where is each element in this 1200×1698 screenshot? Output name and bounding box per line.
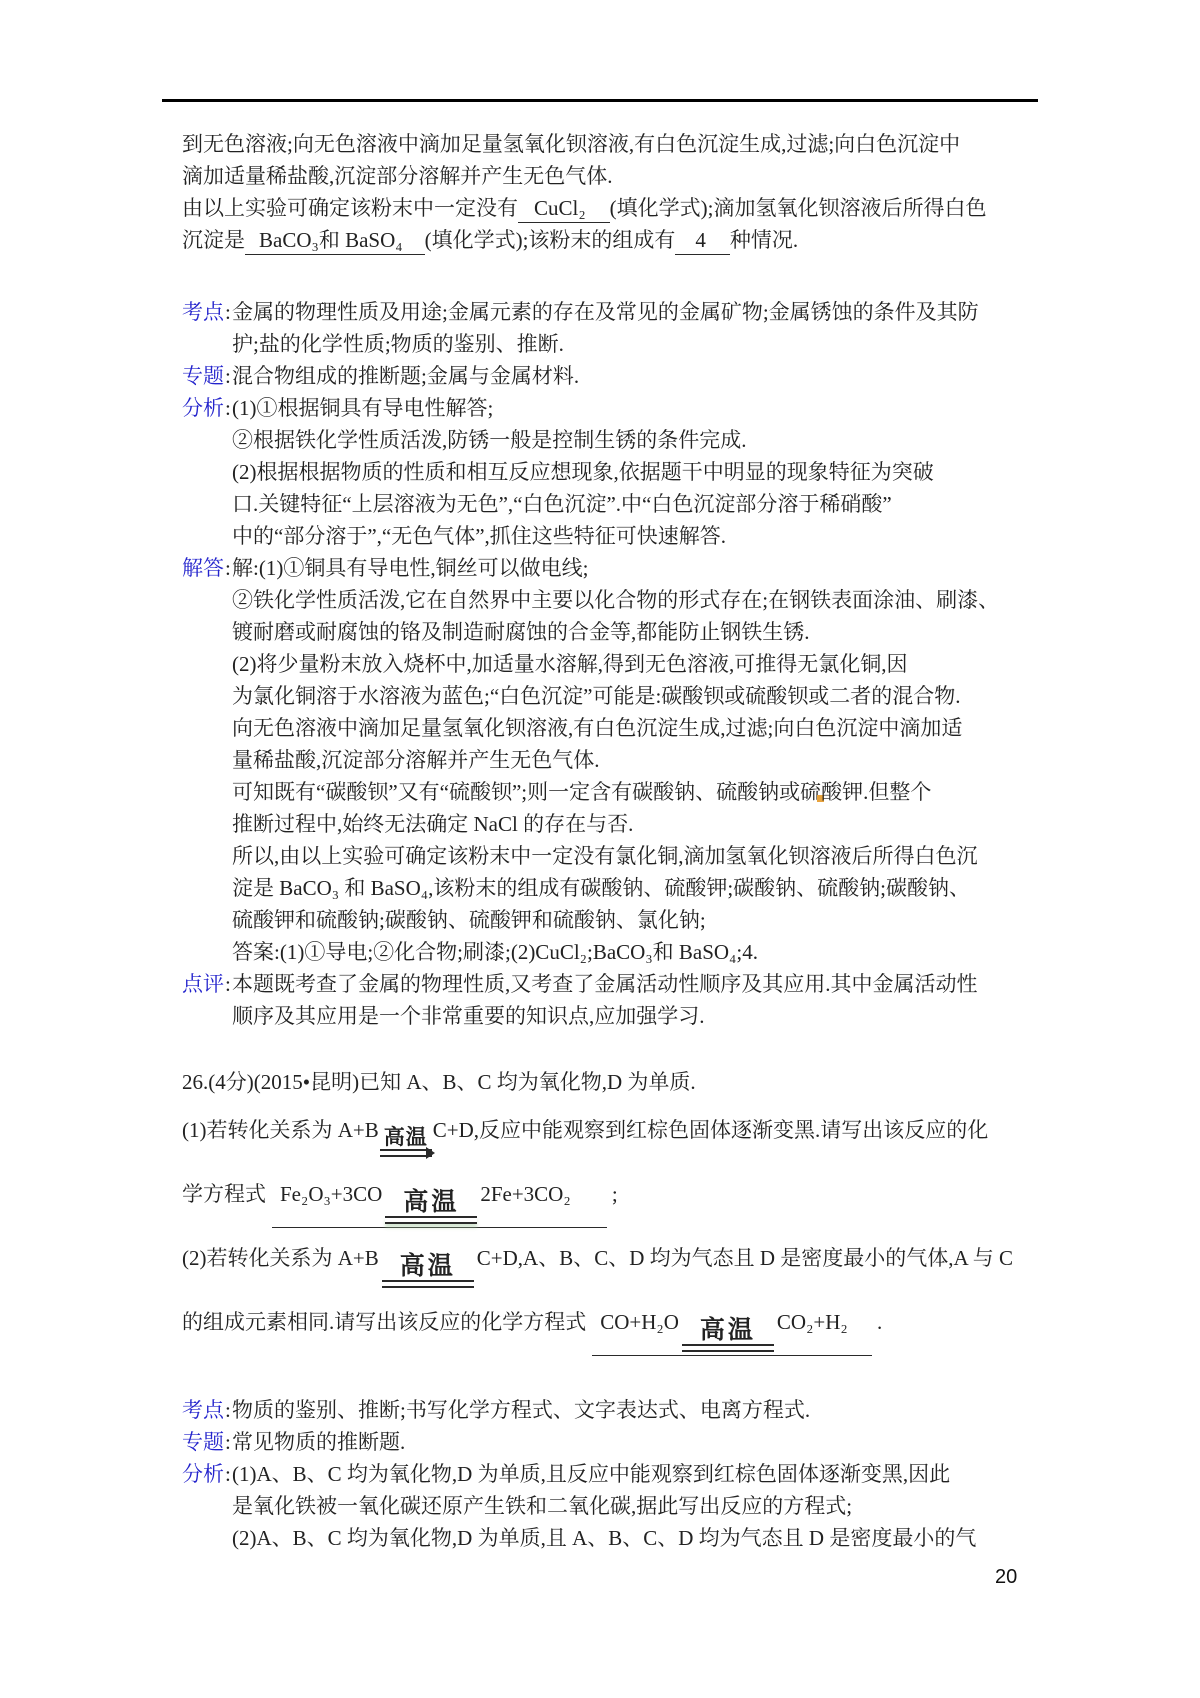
- qa-continuation-line: 顺序及其应用是一个非常重要的知识点,应加强学习.: [182, 1000, 1052, 1032]
- header-rule: [162, 99, 1038, 102]
- qa-block-25: 考点:金属的物理性质及用途;金属元素的存在及常见的金属矿物;金属锈蚀的条件及其防…: [182, 296, 1052, 1032]
- text-line: 滴加适量稀盐酸,沉淀部分溶解并产生无色气体.: [182, 160, 1052, 192]
- label-colon: :: [225, 1394, 231, 1426]
- qa-section-label: 解答: [182, 552, 224, 584]
- qa-continuation-line: 量稀盐酸,沉淀部分溶解并产生无色气体.: [182, 744, 1052, 776]
- double-rule: [682, 1344, 774, 1352]
- equation-answer-blank: Fe₂O₃+3CO高温2Fe+3CO₂: [272, 1182, 607, 1228]
- qa-continuation-line: 中的“部分溶于”,“无色气体”,抓住这些特征可快速解答.: [182, 520, 1052, 552]
- qa-continuation-line: 向无色溶液中滴加足量氢氧化钡溶液,有白色沉淀生成,过滤;向白色沉淀中滴加适: [182, 712, 1052, 744]
- answer-blank: CuCl₂: [518, 194, 610, 223]
- qa-continuation-line: (2)A、B、C 均为氧化物,D 为单质,且 A、B、C、D 均为气态且 D 是…: [182, 1522, 1052, 1554]
- gaowen-condition-over-arrow: 高温: [380, 1126, 432, 1157]
- text-line: (1)若转化关系为 A+B高温C+D,反应中能观察到红棕色固体逐渐变黑.请写出该…: [182, 1098, 1052, 1162]
- qa-labeled-line: 专题:常见物质的推断题.: [182, 1426, 1052, 1458]
- qa-continuation-line: ②铁化学性质活泼,它在自然界中主要以化合物的形式存在;在钢铁表面涂油、刷漆、: [182, 584, 1052, 616]
- label-colon: :: [225, 968, 231, 1000]
- document-page: 到无色溶液;向无色溶液中滴加足量氢氧化钡溶液,有白色沉淀生成,过滤;向白色沉淀中…: [0, 0, 1200, 1698]
- qa-continuation-line: (2)将少量粉末放入烧杯中,加适量水溶解,得到无色溶液,可推得无氯化铜,因: [182, 648, 1052, 680]
- qa-continuation-line: 可知既有“碳酸钡”又有“硫酸钡”;则一定含有碳酸钠、硫酸钠或硫酸钾.但整个: [182, 776, 1052, 808]
- answer-blank: BaCO₃和 BaSO₄: [245, 226, 425, 255]
- qa-continuation-line: 所以,由以上实验可确定该粉末中一定没有氯化铜,滴加氢氧化钡溶液后所得白色沉: [182, 840, 1052, 872]
- label-colon: :: [225, 360, 231, 392]
- text-line: 的组成元素相同.请写出该反应的化学方程式CO+H₂O高温CO₂+H₂ .: [182, 1290, 1052, 1354]
- question-25-tail: 到无色溶液;向无色溶液中滴加足量氢氧化钡溶液,有白色沉淀生成,过滤;向白色沉淀中…: [182, 128, 1052, 256]
- qa-labeled-line: 点评:本题既考查了金属的物理性质,又考查了金属活动性顺序及其应用.其中金属活动性: [182, 968, 1052, 1000]
- gaowen-condition-over-equals: 高温: [382, 1252, 474, 1288]
- reaction-arrow: [380, 1149, 432, 1157]
- text-line: 由以上实验可确定该粉末中一定没有CuCl₂(填化学式);滴加氢氧化钡溶液后所得白…: [182, 192, 1052, 224]
- qa-continuation-line: 镀耐磨或耐腐蚀的铬及制造耐腐蚀的合金等,都能防止钢铁生锈.: [182, 616, 1052, 648]
- qa-continuation-line: 淀是 BaCO₃ 和 BaSO₄,该粉末的组成有碳酸钠、硫酸钾;碳酸钠、硫酸钠;…: [182, 872, 1052, 904]
- question-26: 26.(4分)(2015•昆明)已知 A、B、C 均为氧化物,D 为单质.(1)…: [182, 1066, 1052, 1354]
- qa-continuation-line: 护;盐的化学性质;物质的鉴别、推断.: [182, 328, 1052, 360]
- label-colon: :: [225, 552, 231, 584]
- qa-section-label: 专题: [182, 1426, 224, 1458]
- qa-section-label: 考点: [182, 1394, 224, 1426]
- qa-continuation-line: 推断过程中,始终无法确定 NaCl 的存在与否.: [182, 808, 1052, 840]
- qa-labeled-line: 考点:物质的鉴别、推断;书写化学方程式、文字表达式、电离方程式.: [182, 1394, 1052, 1426]
- text-line: 26.(4分)(2015•昆明)已知 A、B、C 均为氧化物,D 为单质.: [182, 1066, 1052, 1098]
- qa-section-label: 专题: [182, 360, 224, 392]
- qa-continuation-line: 答案:(1)①导电;②化合物;刷漆;(2)CuCl₂;BaCO₃和 BaSO₄;…: [182, 936, 1052, 968]
- spacer: [182, 1032, 1052, 1066]
- double-rule: [382, 1280, 474, 1288]
- label-colon: :: [225, 1458, 231, 1490]
- label-colon: :: [225, 296, 231, 328]
- spacer: [182, 1354, 1052, 1394]
- qa-continuation-line: 口.关键特征“上层溶液为无色”,“白色沉淀”.中“白色沉淀部分溶于稀硝酸”: [182, 488, 1052, 520]
- qa-continuation-line: 硫酸钾和硫酸钠;碳酸钠、硫酸钾和硫酸钠、氯化钠;: [182, 904, 1052, 936]
- qa-continuation-line: ②根据铁化学性质活泼,防锈一般是控制生锈的条件完成.: [182, 424, 1052, 456]
- text-line: 到无色溶液;向无色溶液中滴加足量氢氧化钡溶液,有白色沉淀生成,过滤;向白色沉淀中: [182, 128, 1052, 160]
- qa-continuation-line: 为氯化铜溶于水溶液为蓝色;“白色沉淀”可能是:碳酸钡或硫酸钡或二者的混合物.: [182, 680, 1052, 712]
- qa-labeled-line: 解答:解:(1)①铜具有导电性,铜丝可以做电线;: [182, 552, 1052, 584]
- page-content: 到无色溶液;向无色溶液中滴加足量氢氧化钡溶液,有白色沉淀生成,过滤;向白色沉淀中…: [182, 128, 1052, 1554]
- text-line: 沉淀是BaCO₃和 BaSO₄(填化学式);该粉末的组成有4种情况.: [182, 224, 1052, 256]
- qa-section-label: 分析: [182, 392, 224, 424]
- qa-labeled-line: 分析:(1)A、B、C 均为氧化物,D 为单质,且反应中能观察到红棕色固体逐渐变…: [182, 1458, 1052, 1490]
- qa-labeled-line: 考点:金属的物理性质及用途;金属元素的存在及常见的金属矿物;金属锈蚀的条件及其防: [182, 296, 1052, 328]
- text-line: 学方程式Fe₂O₃+3CO高温2Fe+3CO₂ ;: [182, 1162, 1052, 1226]
- double-rule: [385, 1216, 477, 1224]
- text-line: (2)若转化关系为 A+B高温C+D,A、B、C、D 均为气态且 D 是密度最小…: [182, 1226, 1052, 1290]
- orange-mark-icon: [817, 795, 824, 802]
- answer-blank: 4: [675, 226, 730, 255]
- qa-labeled-line: 分析:(1)①根据铜具有导电性解答;: [182, 392, 1052, 424]
- spacer: [182, 256, 1052, 296]
- qa-continuation-line: 是氧化铁被一氧化碳还原产生铁和二氧化碳,据此写出反应的方程式;: [182, 1490, 1052, 1522]
- page-number: 20: [995, 1566, 1017, 1589]
- gaowen-condition-over-equals: 高温: [385, 1188, 477, 1224]
- qa-section-label: 分析: [182, 1458, 224, 1490]
- gaowen-condition-over-equals: 高温: [682, 1316, 774, 1352]
- equation-answer-blank: CO+H₂O高温CO₂+H₂: [592, 1310, 872, 1356]
- qa-section-label: 点评: [182, 968, 224, 1000]
- qa-block-26: 考点:物质的鉴别、推断;书写化学方程式、文字表达式、电离方程式.专题:常见物质的…: [182, 1394, 1052, 1554]
- qa-labeled-line: 专题:混合物组成的推断题;金属与金属材料.: [182, 360, 1052, 392]
- qa-section-label: 考点: [182, 296, 224, 328]
- label-colon: :: [225, 392, 231, 424]
- qa-continuation-line: (2)根据根据物质的性质和相互反应想现象,依据题干中明显的现象特征为突破: [182, 456, 1052, 488]
- label-colon: :: [225, 1426, 231, 1458]
